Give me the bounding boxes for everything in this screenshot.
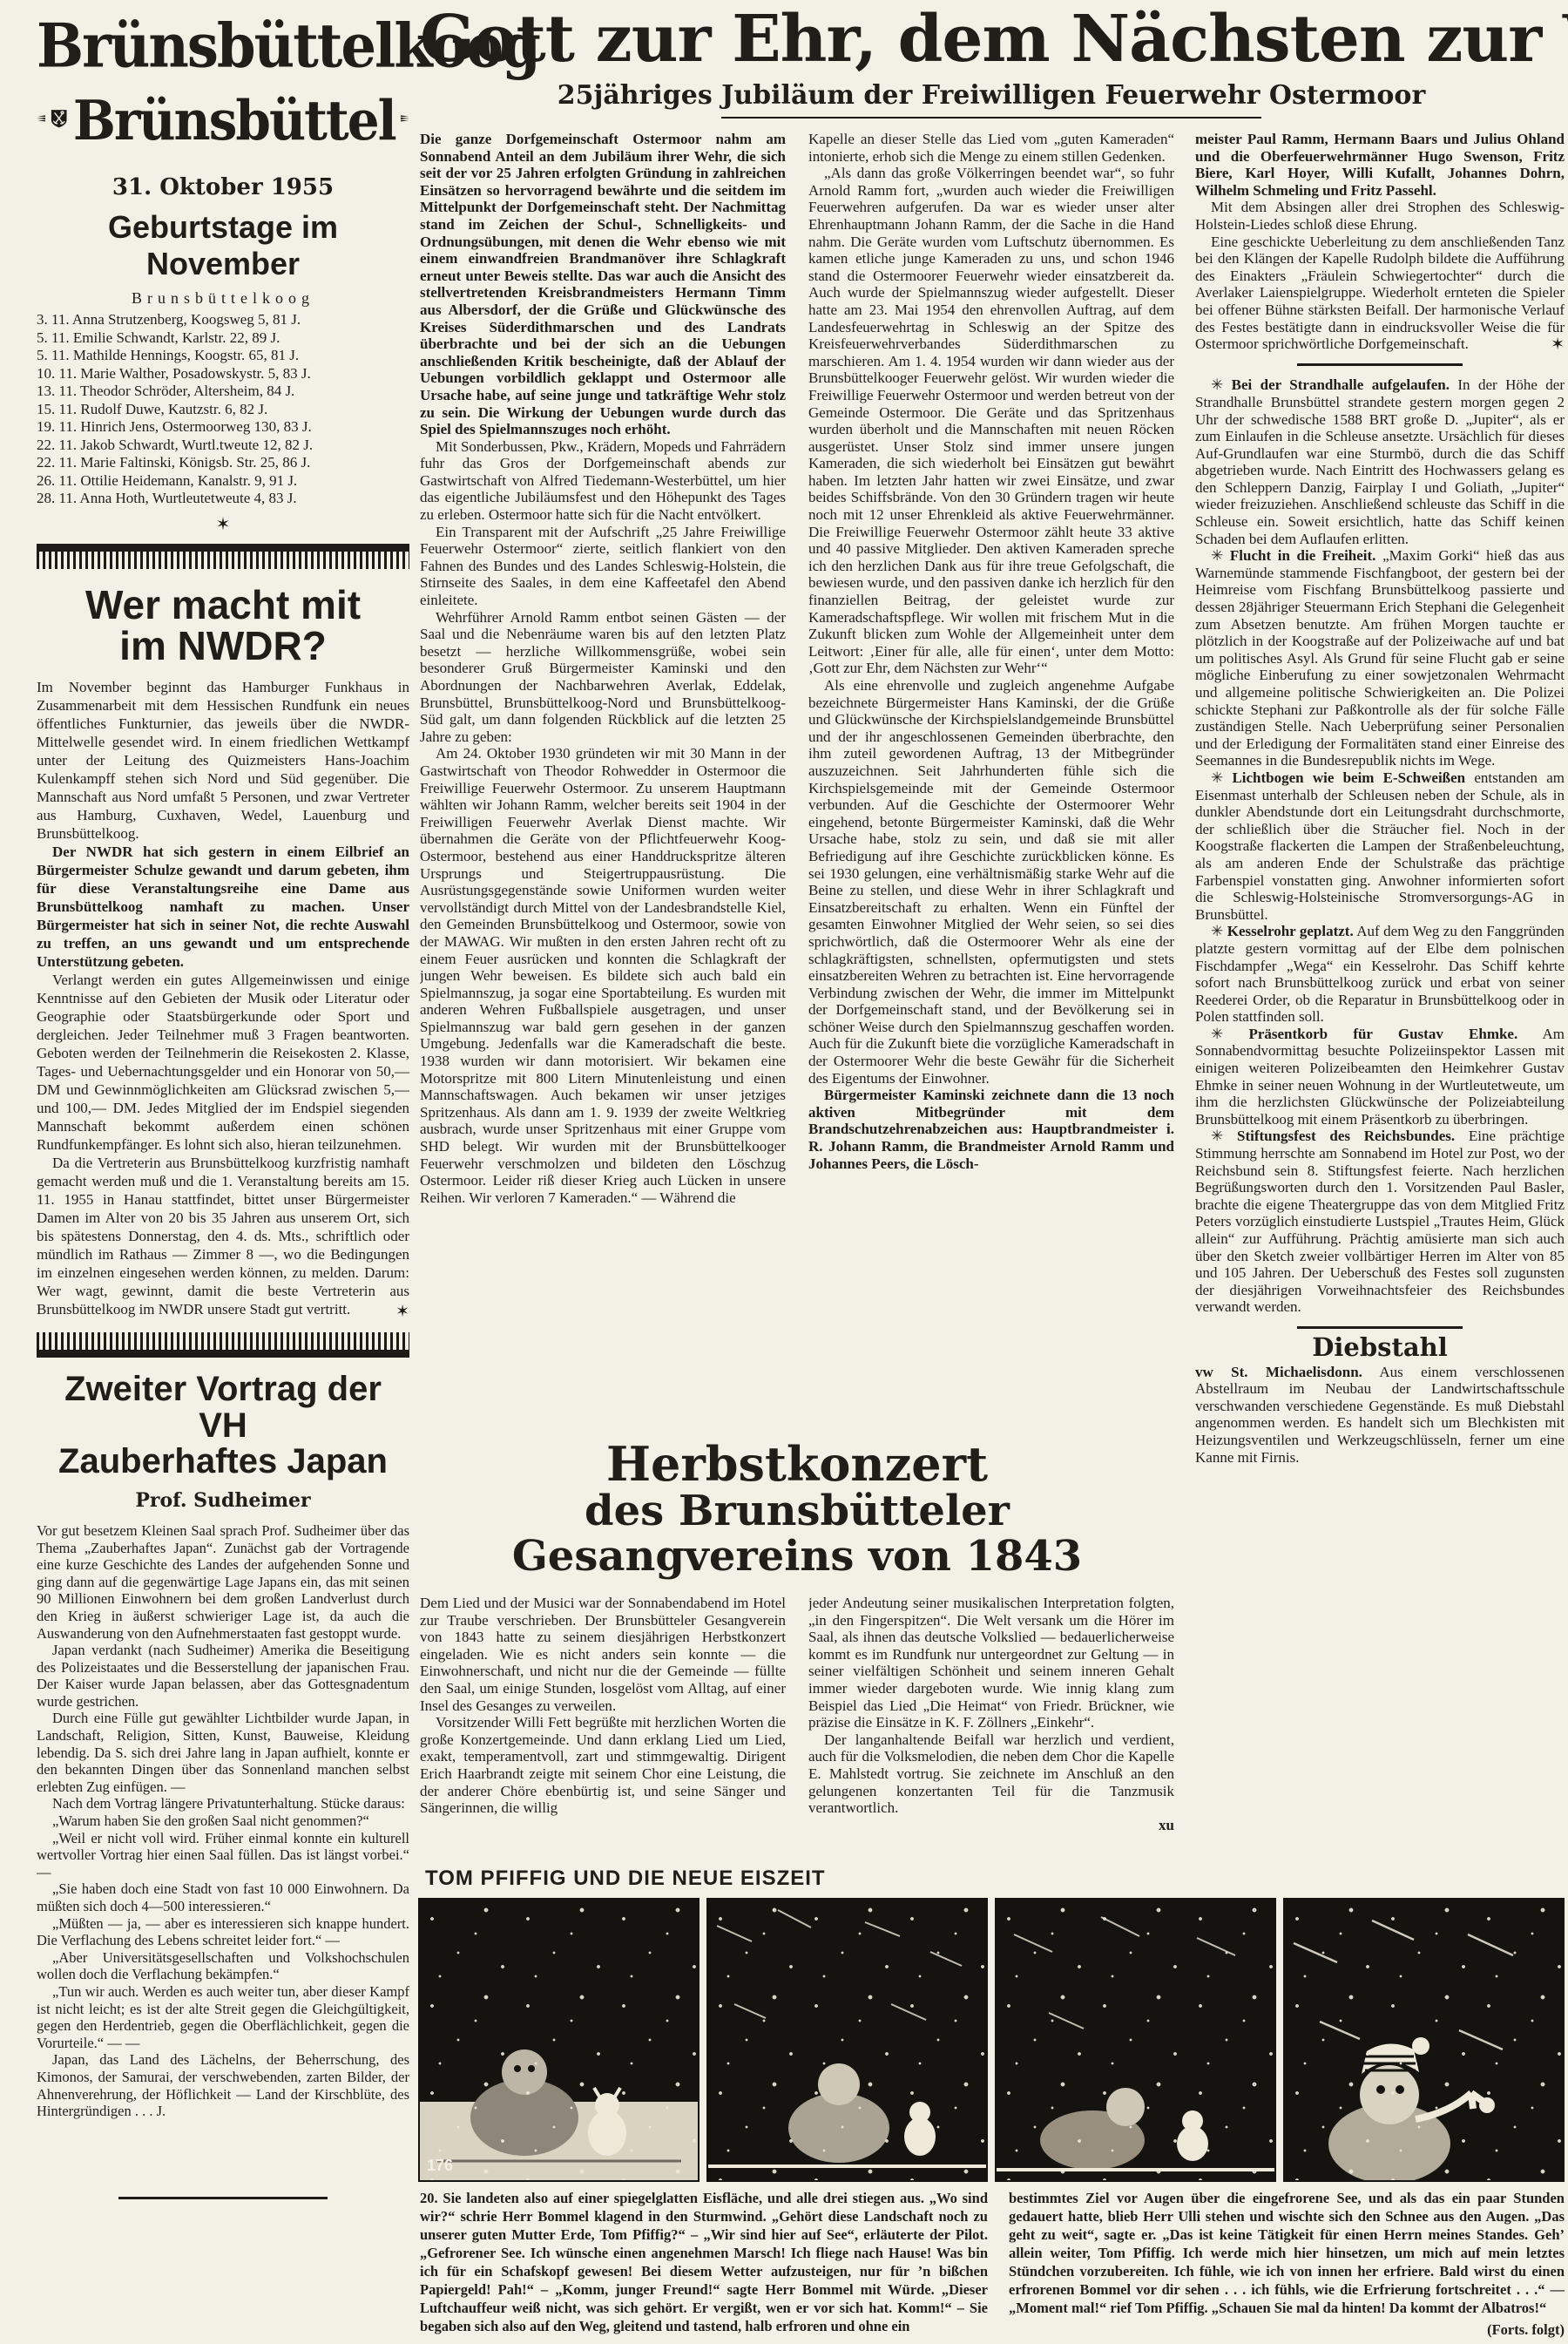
diebstahl-text: vw St. Michaelisdonn. Aus einem verschlo… — [1195, 1364, 1565, 1467]
feuerwehr-column-3: meister Paul Ramm, Hermann Baars und Jul… — [1195, 131, 1565, 1870]
brief-marker-icon: ✳ — [1211, 1026, 1223, 1042]
paragraph: Im November beginnt das Hamburger Funkha… — [37, 678, 409, 843]
lede-paragraph: Die ganze Dorfgemeinschaft Ostermoor nah… — [420, 131, 786, 438]
brief-marker-icon: ✳ — [1211, 1128, 1223, 1144]
brief-marker-icon: ✳ — [1211, 769, 1223, 786]
news-brief: ✳ Präsentkorb für Gustav Ehmke. Am Sonna… — [1195, 1026, 1565, 1128]
paragraph: „Warum haben Sie den großen Saal nicht g… — [37, 1812, 409, 1830]
paragraph: Mit Sonderbussen, Pkw., Krädern, Mopeds … — [420, 438, 786, 524]
comic-panel-4-drawing — [1285, 1900, 1563, 2180]
paragraph: „Als dann das große Völkerringen beendet… — [808, 165, 1174, 677]
brief-marker-icon: ✳ — [1211, 376, 1223, 393]
paragraph: „Aber Universitätsgesellschaften und Vol… — [37, 1949, 409, 1983]
comic-panel-4 — [1285, 1900, 1563, 2180]
brief-title: Präsentkorb für Gustav Ehmke. — [1248, 1026, 1517, 1042]
brief-text: „Maxim Gorki“ hieß das aus Warnemünde st… — [1195, 547, 1565, 769]
paragraph: Dem Lied und der Musici war der Sonnaben… — [420, 1595, 786, 1714]
birthday-entry: 19. 11. Hinrich Jens, Ostermoorweg 130, … — [37, 418, 409, 437]
birthday-entry: 10. 11. Marie Walther, Posadowskystr. 5,… — [37, 365, 409, 383]
nwdr-article: Im November beginnt das Hamburger Funkha… — [37, 678, 409, 1318]
news-brief: ✳ Bei der Strandhalle aufgelaufen. In de… — [1195, 376, 1565, 547]
herbstkonzert-headline-line1: Herbstkonzert — [420, 1440, 1174, 1488]
brief-title: Flucht in die Freiheit. — [1230, 547, 1376, 564]
paragraph: „Tun wir auch. Werden es auch weiter tun… — [37, 1983, 409, 2051]
brief-text: In der Höhe der Strandhalle Brunsbüttel … — [1195, 376, 1565, 546]
masthead: Brünsbüttelkoog Brünsbüttel 31. Oktobe — [37, 16, 409, 200]
birthday-entry: 3. 11. Anna Strutzenberg, Koogsweg 5, 81… — [37, 311, 409, 329]
paragraph: „Müßten — ja, — aber es interessieren si… — [37, 1915, 409, 1949]
birthday-entry: 22. 11. Jakob Schwardt, Wurtl.tweute 12,… — [37, 437, 409, 455]
news-brief: ✳ Kesselrohr geplatzt. Auf dem Weg zu de… — [1195, 923, 1565, 1026]
comic-panel-2 — [708, 1900, 986, 2180]
comic-panel-number: 176 — [427, 2157, 453, 2175]
herbstkonzert-column-a: Dem Lied und der Musici war der Sonnaben… — [420, 1595, 786, 1872]
subhead-rule — [721, 117, 1261, 119]
paragraph: Eine geschickte Ueberleitung zu dem ansc… — [1195, 234, 1565, 353]
divider-bar — [37, 1350, 409, 1358]
paragraph: Wehrführer Arnold Ramm entbot seinen Gäs… — [420, 609, 786, 746]
herbstkonzert-section: Herbstkonzert des Brunsbütteler Gesangve… — [420, 1440, 1174, 1872]
brief-title: Stiftungsfest des Reichsbundes. — [1237, 1128, 1455, 1144]
divider-rule — [1297, 1326, 1463, 1329]
news-brief: ✳ Stiftungsfest des Reichsbundes. Eine p… — [1195, 1128, 1565, 1316]
feuerwehr-column-1: Die ganze Dorfgemeinschaft Ostermoor nah… — [420, 131, 786, 1436]
masthead-title-line1: Brünsbüttelkoog — [37, 16, 409, 78]
brief-title: Lichtbogen wie beim E-Schweißen — [1232, 769, 1465, 786]
paragraph: Da die Vertreterin aus Brunsbüttelkoog k… — [37, 1154, 409, 1318]
herbstkonzert-column-b: jeder Andeutung seiner musikalischen Int… — [808, 1595, 1174, 1872]
brief-marker-icon: ✳ — [1211, 547, 1223, 564]
comic-panel-1-drawing — [420, 1900, 698, 2180]
birthdays-heading: Geburtstage im November — [37, 209, 409, 282]
birthday-entry: 28. 11. Anna Hoth, Wurtleutetweute 4, 83… — [37, 490, 409, 508]
issue-date: 31. Oktober 1955 — [37, 174, 409, 200]
article-end-rule — [118, 2197, 328, 2199]
nwdr-heading: Wer macht mit im NWDR? — [37, 585, 409, 668]
paragraph: Japan, das Land des Lächelns, der Beherr… — [37, 2051, 409, 2119]
news-brief: ✳ Lichtbogen wie beim E-Schweißen entsta… — [1195, 769, 1565, 923]
brief-title: Bei der Strandhalle aufgelaufen. — [1232, 376, 1450, 393]
paragraph: Als eine ehrenvolle und zugleich angeneh… — [808, 677, 1174, 1087]
diebstahl-lead: vw St. Michaelisdonn. — [1195, 1364, 1362, 1380]
masthead-right-wing-icon — [401, 101, 409, 136]
divider-bar — [37, 544, 409, 552]
continuation-note: (Forts. folgt) — [1009, 2320, 1565, 2339]
comic-panel-3-drawing — [997, 1900, 1274, 2180]
divider-hatch — [37, 1332, 409, 1350]
paragraph: Der langanhaltende Beifall war herzlich … — [808, 1731, 1174, 1817]
paragraph: Bürgermeister Kaminski zeichnete dann di… — [808, 1087, 1174, 1172]
japan-article: Vor gut besetzem Kleinen Saal sprach Pro… — [37, 1522, 409, 2185]
paragraph: Nach dem Vortrag längere Privatunterhalt… — [37, 1795, 409, 1812]
divider-rule — [1297, 363, 1463, 366]
birthday-entry: 5. 11. Emilie Schwandt, Karlstr. 22, 89 … — [37, 329, 409, 348]
comic-title: TOM PFIFFIG UND DIE NEUE EISZEIT — [425, 1866, 826, 1891]
paragraph: Mit dem Absingen aller drei Strophen des… — [1195, 199, 1565, 233]
divider-hatch — [37, 552, 409, 569]
paragraph: Ein Transparent mit der Aufschrift „25 J… — [420, 524, 786, 609]
main-subhead: 25jähriges Jubiläum der Freiwilligen Feu… — [420, 80, 1563, 111]
paragraph: Vor gut besetzem Kleinen Saal sprach Pro… — [37, 1522, 409, 1642]
comic-panel-2-drawing — [708, 1900, 986, 2180]
paragraph: „Sie haben doch eine Stadt von fast 10 0… — [37, 1880, 409, 1914]
comic-panel-1: 176 — [420, 1900, 698, 2180]
main-headline: Gott zur Ehr, dem Nächsten zur Wehr! — [420, 5, 1563, 73]
comic-panel-3 — [997, 1900, 1274, 2180]
diebstahl-heading: Diebstahl — [1195, 1339, 1565, 1357]
comic-caption-left: 20. Sie landeten also auf einer spiegelg… — [420, 2189, 988, 2335]
birthday-entry: 5. 11. Mathilde Hennings, Koogstr. 65, 8… — [37, 347, 409, 365]
japan-heading: Zweiter Vortrag der VH Zauberhaftes Japa… — [37, 1372, 409, 1480]
paragraph: jeder Andeutung seiner musikalischen Int… — [808, 1595, 1174, 1731]
comic-panels: 176 — [420, 1900, 1565, 2180]
birthday-entry: 26. 11. Ottilie Heidemann, Kanalstr. 9, … — [37, 472, 409, 491]
paragraph: Japan verdankt (nach Sudheimer) Amerika … — [37, 1642, 409, 1710]
newspaper-page: { "masthead": { "title_line1": "Brünsbüt… — [0, 0, 1568, 2344]
paragraph: Kapelle an dieser Stelle das Lied vom „g… — [808, 131, 1174, 165]
news-brief: ✳ Flucht in die Freiheit. „Maxim Gorki“ … — [1195, 547, 1565, 769]
section-end-star-icon: ✶ — [37, 513, 409, 535]
feuerwehr-column-2: Kapelle an dieser Stelle das Lied vom „g… — [808, 131, 1174, 1436]
birthdays-place: Brunsbüttelkoog — [37, 289, 409, 308]
birthday-entry: 22. 11. Marie Faltinski, Königsb. Str. 2… — [37, 454, 409, 472]
birthdays-list: 3. 11. Anna Strutzenberg, Koogsweg 5, 81… — [37, 311, 409, 508]
town-crest-shield-icon — [51, 77, 67, 160]
brief-marker-icon: ✳ — [1211, 923, 1223, 939]
brief-title: Kesselrohr geplatzt. — [1227, 923, 1354, 939]
birthday-entry: 15. 11. Rudolf Duwe, Kautzstr. 6, 82 J. — [37, 401, 409, 419]
paragraph: Vorsitzender Willi Fett begrüßte mit her… — [420, 1714, 786, 1817]
paragraph: „Weil er nicht voll wird. Früher einmal … — [37, 1830, 409, 1881]
author-signature: xu — [808, 1817, 1174, 1834]
brief-text: entstanden am Eisenmast unterhalb der Sc… — [1195, 769, 1565, 923]
masthead-title-line2: Brünsbüttel — [73, 90, 395, 152]
birthday-entry: 13. 11. Theodor Schröder, Altersheim, 84… — [37, 383, 409, 401]
japan-byline: Prof. Sudheimer — [37, 1489, 409, 1512]
brief-text: Eine prächtige Stimmung herrschte am Son… — [1195, 1128, 1565, 1315]
paragraph: Der NWDR hat sich gestern in einem Eilbr… — [37, 843, 409, 971]
comic-caption-right: bestimmtes Ziel vor Augen über die einge… — [1009, 2189, 1565, 2339]
paragraph: Am 24. Oktober 1930 gründeten wir mit 30… — [420, 745, 786, 1206]
herbstkonzert-headline-line2: des Brunsbütteler Gesangvereins von 1843 — [420, 1488, 1174, 1579]
paragraph: meister Paul Ramm, Hermann Baars und Jul… — [1195, 131, 1565, 199]
paragraph: Durch eine Fülle gut gewählter Lichtbild… — [37, 1710, 409, 1795]
paragraph: Verlangt werden ein gutes Allgemeinwisse… — [37, 971, 409, 1154]
masthead-left-wing-icon — [37, 101, 45, 136]
local-column: Brünsbüttelkoog Brünsbüttel 31. Oktobe — [37, 16, 409, 2199]
